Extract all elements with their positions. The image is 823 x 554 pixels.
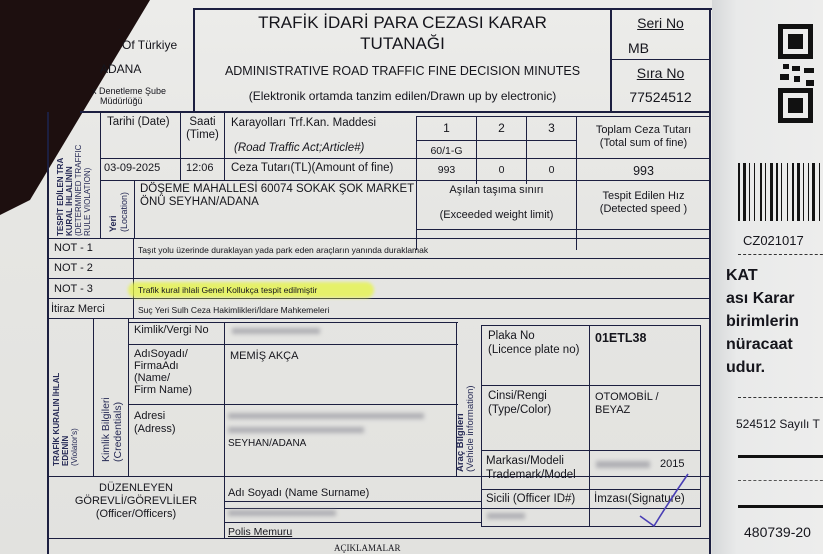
violator-section-label: TRAFİK KURALIN İHLAL EDENİN (Violator's) — [52, 373, 79, 466]
title-tr-line2: TUTANAĞI — [195, 34, 610, 54]
receipt-strip: CZ021017 KAT ası Karar birimlerin nüraca… — [712, 0, 823, 554]
time-value: 12:06 — [186, 162, 214, 174]
note-3-text: Trafik kural ihlali Genel Kollukça tespi… — [138, 285, 317, 295]
officer-name-redacted — [228, 510, 336, 516]
date-label: Tarihi (Date) — [107, 116, 170, 128]
sequence-label: Sıra No — [612, 65, 709, 81]
qr-code — [778, 24, 823, 134]
article-1: 60/1-G — [417, 145, 476, 157]
location-label: Yeri (Location) — [108, 192, 130, 232]
plate-value: 01ETL38 — [595, 331, 646, 345]
address-redacted-line1 — [228, 413, 424, 419]
subtitle: (Elektronik ortamda tanzim edilen/Drawn … — [195, 89, 610, 103]
issuer-directorate: Müdürlüğü — [100, 96, 143, 106]
barcode — [738, 163, 823, 221]
fine-amount-label: Ceza Tutarı(TL)(Amount of fine) — [231, 162, 393, 174]
violation-section-label: TESPİT EDİLEN TRA KURAL İHLALİNİN (DETER… — [56, 145, 92, 236]
amount-3: 0 — [527, 164, 576, 176]
address-city: SEYHAN/ADANA — [228, 438, 306, 449]
model-label: Markası/ModeliTrademark/Model — [486, 454, 576, 482]
note-1-label: NOT - 1 — [54, 242, 93, 254]
receipt-bottom-number: 480739-20 — [744, 524, 811, 540]
officer-title: Polis Memuru — [228, 526, 292, 538]
receipt-reference: 524512 Sayılı T — [736, 417, 820, 431]
objection-label: İtiraz Merci — [51, 303, 105, 315]
model-year: 2015 — [660, 458, 684, 470]
model-redacted — [596, 461, 650, 468]
id-value-redacted — [232, 328, 320, 334]
location-value: DÖŞEME MAHALLESİ 60074 SOKAK ŞOK MARKETÖ… — [140, 183, 414, 209]
note-3-label: NOT - 3 — [54, 283, 93, 295]
weight-label-tr: Aşılan taşıma sınırı — [417, 184, 576, 196]
id-label: Kimlik/Vergi No — [134, 324, 209, 336]
objection-text: Suç Yeri Sulh Ceza Hakimlikleri/İdare Ma… — [138, 305, 329, 315]
total-value: 993 — [577, 164, 710, 178]
column-3: 3 — [527, 121, 576, 135]
issuer-line: . — [118, 22, 121, 32]
column-2: 2 — [477, 121, 526, 135]
serial-value: MB — [628, 40, 649, 56]
signature-mark — [636, 470, 696, 532]
time-label: Saati(Time) — [181, 116, 224, 142]
officer-name-label: Adı Soyadı (Name Surname) — [228, 487, 369, 499]
officer-id-redacted — [487, 513, 525, 519]
amount-1: 993 — [417, 164, 476, 176]
title-en: ADMINISTRATIVE ROAD TRAFFIC FINE DECISIO… — [195, 64, 610, 78]
address-redacted-line2 — [228, 427, 364, 433]
issuer-department: x Denetleme Şube — [92, 86, 166, 96]
issuer-city: ADANA — [100, 62, 141, 76]
type-value: OTOMOBİL /BEYAZ — [595, 391, 659, 417]
receipt-notice: KAT ası Karar birimlerin nüracaat udur. — [726, 264, 799, 379]
weight-label-en: (Exceeded weight limit) — [417, 209, 576, 221]
date-value: 03-09-2025 — [104, 162, 160, 174]
officer-section-label: DÜZENLEYEN GÖREVLİ/GÖREVLİLER (Officer/O… — [48, 482, 224, 521]
plate-label: Plaka No(Licence plate no) — [488, 329, 579, 357]
vehicle-section-label: Araç Bilgileri (Vehicle information) — [456, 385, 476, 472]
sequence-value: 77524512 — [612, 89, 709, 105]
note-2-label: NOT - 2 — [54, 262, 93, 274]
column-1: 1 — [417, 121, 476, 135]
name-label: AdıSoyadı/ FirmaAdı (Name/ Firm Name) — [134, 348, 192, 396]
title-tr-line1: TRAFİK İDARİ PARA CEZASI KARAR — [195, 13, 610, 33]
barcode-text: CZ021017 — [743, 233, 804, 248]
officer-id-label: Sicili (Officer ID#) — [486, 493, 575, 505]
address-label: Adresi(Adress) — [134, 410, 176, 436]
total-label: Toplam Ceza Tutarı(Total sum of fine) — [577, 124, 710, 150]
serial-label: Seri No — [612, 15, 709, 31]
article-label-en: (Road Traffic Act;Article#) — [234, 142, 364, 154]
name-value: MEMİŞ AKÇA — [230, 350, 298, 362]
issuer-country: Of Türkiye — [122, 38, 177, 52]
amount-2: 0 — [477, 164, 526, 176]
speed-label: Tespit Edilen Hız(Detected speed ) — [577, 190, 710, 216]
note-1-text: Taşıt yolu üzerinde duraklayan yada park… — [138, 245, 428, 255]
credentials-label: Kimlik Bilgileri (Credentials) — [100, 397, 124, 462]
type-label: Cinsi/Rengi(Type/Color) — [488, 389, 551, 417]
explanations-label: AÇIKLAMALAR — [334, 543, 401, 553]
article-label: Karayolları Trf.Kan. Maddesi — [231, 117, 376, 129]
